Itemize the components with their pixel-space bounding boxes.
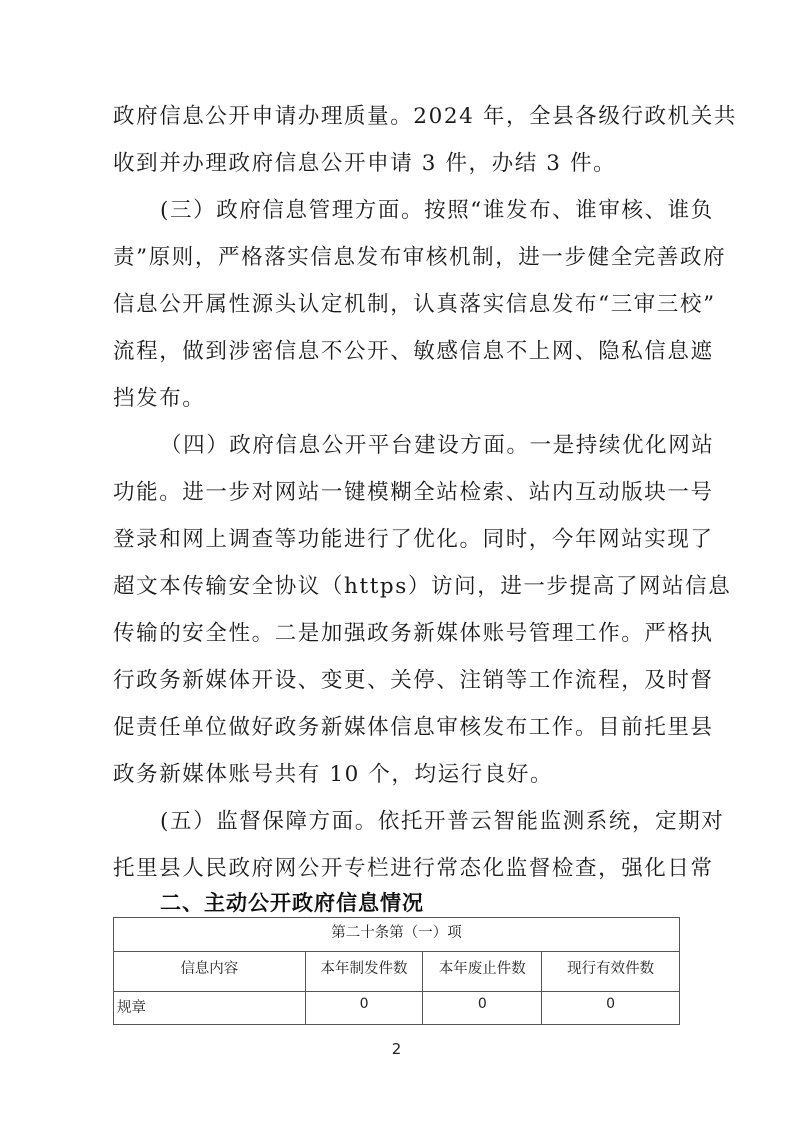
paragraph-line: 政府信息公开申请办理质量。2024 年，全县各级行政机关共: [113, 103, 681, 131]
paragraph-line: 促责任单位做好政务新媒体信息审核发布工作。目前托里县: [113, 714, 681, 742]
paragraph-line: 挡发布。: [113, 385, 681, 413]
table-header-row: 信息内容 本年制发件数 本年废止件数 现行有效件数: [114, 952, 680, 992]
paragraph-line: 传输的安全性。二是加强政务新媒体账号管理工作。严格执: [113, 620, 681, 648]
paragraph-line: 超文本传输安全协议（https）访问，进一步提高了网站信息: [113, 573, 681, 601]
paragraph-line: 信息公开属性源头认定机制，认真落实信息发布“三审三校”: [113, 291, 681, 319]
paragraph-line: 功能。进一步对网站一键模糊全站检索、站内互动版块一号: [113, 479, 681, 507]
disclosure-table: 第二十条第（一）项 信息内容 本年制发件数 本年废止件数 现行有效件数 规章 0…: [113, 917, 680, 1025]
paragraph-line: (五）监督保障方面。依托开普云智能监测系统，定期对: [160, 808, 681, 836]
table-cell: 0: [305, 992, 423, 1025]
paragraph-line: (三）政府信息管理方面。按照“谁发布、谁审核、谁负: [160, 197, 681, 225]
table-cell: 0: [542, 992, 680, 1025]
table-title: 第二十条第（一）项: [114, 918, 680, 952]
paragraph-line: 政务新媒体账号共有 10 个，均运行良好。: [113, 761, 681, 789]
paragraph-line: 托里县人民政府网公开专栏进行常态化监督检查，强化日常: [113, 855, 681, 883]
column-header: 本年制发件数: [305, 952, 423, 992]
column-header: 本年废止件数: [423, 952, 542, 992]
table-cell: 规章: [114, 992, 306, 1025]
paragraph-line: 登录和网上调查等功能进行了优化。同时，今年网站实现了: [113, 526, 681, 554]
paragraph-line: 行政务新媒体开设、变更、关停、注销等工作流程，及时督: [113, 667, 681, 695]
column-header: 现行有效件数: [542, 952, 680, 992]
paragraph-line: 收到并办理政府信息公开申请 3 件，办结 3 件。: [113, 150, 681, 178]
table-title-row: 第二十条第（一）项: [114, 918, 680, 952]
section-heading: 二、主动公开政府信息情况: [160, 889, 424, 917]
table-row: 规章 0 0 0: [114, 992, 680, 1025]
paragraph-line: 责”原则，严格落实信息发布审核机制，进一步健全完善政府: [113, 244, 681, 272]
document-page: 政府信息公开申请办理质量。2024 年，全县各级行政机关共 收到并办理政府信息公…: [0, 0, 793, 1122]
column-header: 信息内容: [114, 952, 306, 992]
table-cell: 0: [423, 992, 542, 1025]
paragraph-line: 流程，做到涉密信息不公开、敏感信息不上网、隐私信息遮: [113, 338, 681, 366]
paragraph-line: （四）政府信息公开平台建设方面。一是持续优化网站: [160, 432, 681, 460]
page-number: 2: [0, 1040, 793, 1058]
